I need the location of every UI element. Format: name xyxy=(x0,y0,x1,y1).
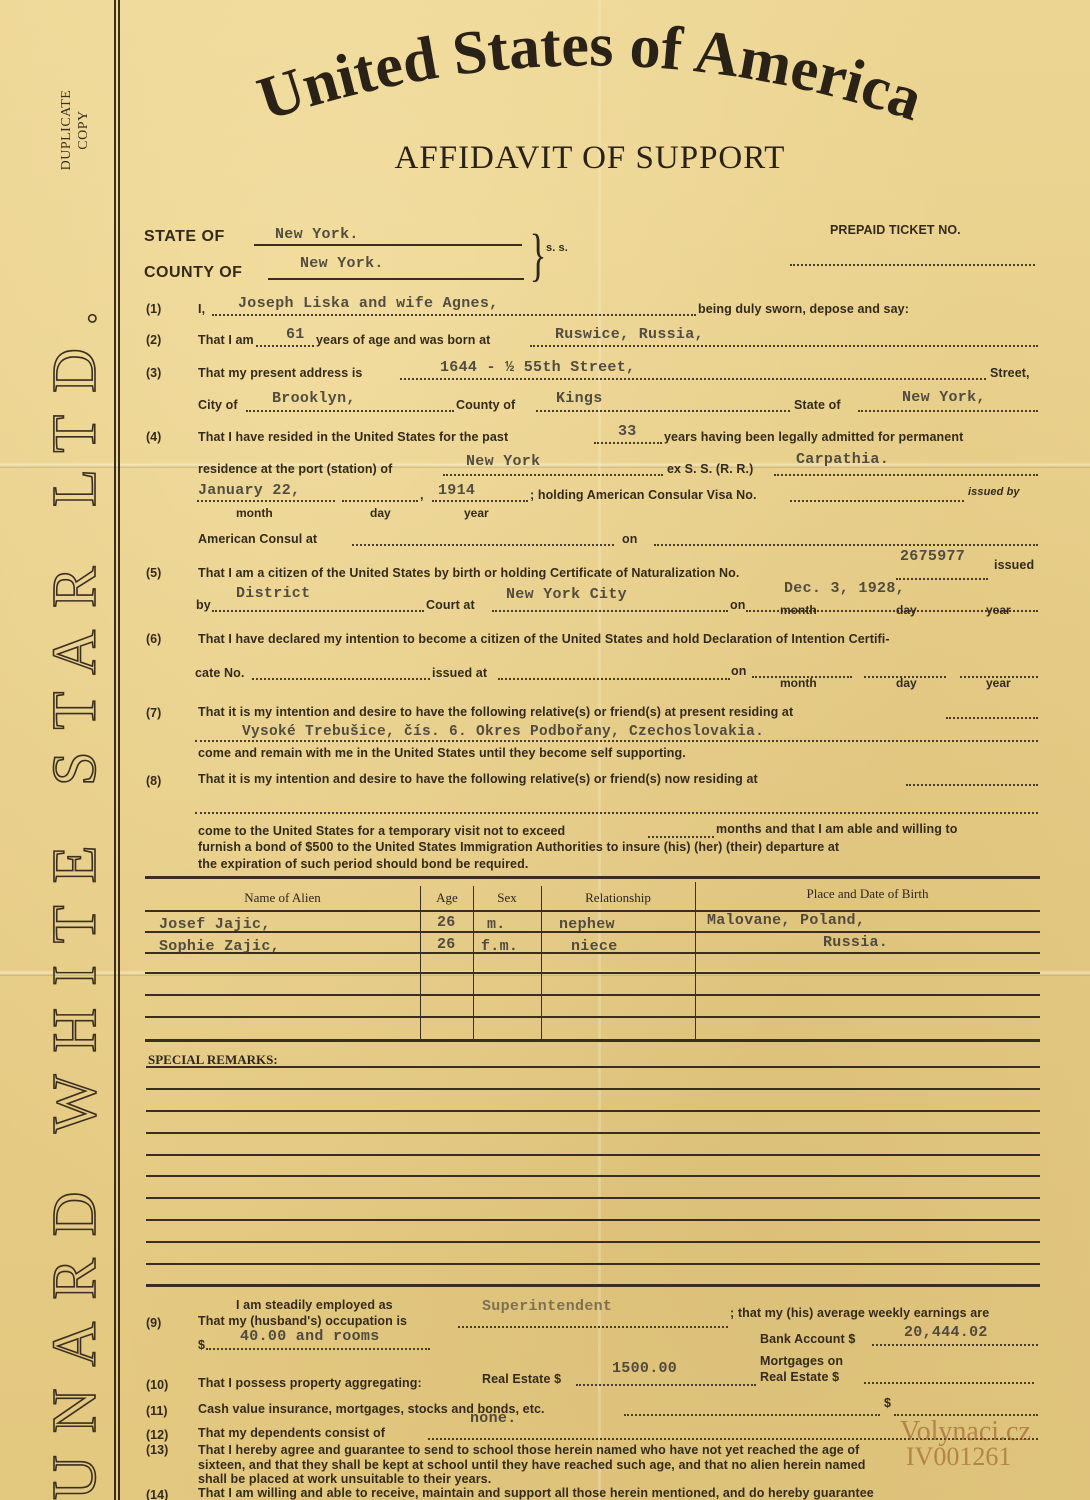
row-rule xyxy=(145,994,1040,996)
column-divider xyxy=(695,882,696,1042)
city-field[interactable]: Brooklyn, xyxy=(272,390,356,407)
visa-underline[interactable] xyxy=(790,500,964,502)
month-underline xyxy=(197,500,335,502)
on-label: on xyxy=(731,664,746,678)
occupation-label: That my (husband's) occupation is xyxy=(198,1314,407,1328)
item-number: (10) xyxy=(146,1378,168,1392)
year-caption: year xyxy=(464,506,489,520)
day-underline xyxy=(342,500,418,502)
table-bottom-rule xyxy=(145,1039,1040,1042)
header-sex: Sex xyxy=(473,890,541,906)
item-number: (11) xyxy=(146,1404,168,1418)
remarks-line xyxy=(146,1110,1040,1112)
dependents-label: That my dependents consist of xyxy=(198,1426,385,1440)
residence-underline xyxy=(195,740,1038,742)
residence-field[interactable]: Vysoké Trebušice, čís. 6. Okres Podbořan… xyxy=(242,724,764,740)
cash-value-underline xyxy=(624,1414,880,1416)
year-caption: year xyxy=(986,676,1011,690)
real-estate-underline xyxy=(576,1384,756,1386)
school-clause-line1: That I hereby agree and guarantee to sen… xyxy=(198,1443,859,1457)
property-label: That I possess property aggregating: xyxy=(198,1376,422,1390)
item1-prefix: I, xyxy=(198,302,205,316)
cate-no-label: cate No. xyxy=(195,666,244,680)
header-rule xyxy=(145,910,1040,912)
court-field[interactable]: District xyxy=(236,585,310,602)
state-field[interactable]: New York. xyxy=(275,226,359,243)
item1-suffix: being duly sworn, depose and say: xyxy=(698,302,909,316)
age-underline xyxy=(256,345,314,347)
port-underline xyxy=(443,474,663,476)
item2-prefix: That I am xyxy=(198,333,254,347)
item7-text2: come and remain with me in the United St… xyxy=(198,746,686,760)
issued-label: issued xyxy=(994,558,1034,572)
comma: , xyxy=(420,488,424,502)
prepaid-ticket-label: PREPAID TICKET NO. xyxy=(830,223,961,237)
bank-account-label: Bank Account $ xyxy=(760,1332,855,1346)
item-number: (3) xyxy=(146,366,161,380)
county-label: COUNTY OF xyxy=(144,264,242,282)
by-label: by xyxy=(196,598,211,612)
header-age: Age xyxy=(421,890,473,906)
day-caption: day xyxy=(896,676,917,690)
item-number: (1) xyxy=(146,302,161,316)
alien-name-cell[interactable]: Sophie Zajic, xyxy=(159,938,280,955)
mortgages-field[interactable] xyxy=(864,1382,1034,1384)
item-number: (9) xyxy=(146,1316,161,1330)
item-number: (12) xyxy=(146,1428,168,1442)
birthplace-field[interactable]: Ruswice, Russia, xyxy=(555,326,704,343)
bank-underline xyxy=(872,1344,1038,1346)
dollar-symbol: $ xyxy=(884,1396,891,1410)
day-caption: day xyxy=(896,603,917,617)
double-rule xyxy=(114,0,120,1500)
birthplace-underline xyxy=(530,345,1038,347)
svg-text:United States of America: United States of America xyxy=(250,18,930,128)
month-caption: month xyxy=(236,506,273,520)
dependents-field[interactable]: none. xyxy=(470,1410,517,1427)
county-of-underline xyxy=(536,410,790,412)
mortgages-real-estate-label: Real Estate $ xyxy=(760,1370,839,1384)
declaration-place-field[interactable] xyxy=(498,678,730,680)
on-label: on xyxy=(622,532,637,546)
sidebar: DUPLICATE COPY UNARD WHITE STAR LTD. xyxy=(0,0,118,1500)
state-underline xyxy=(254,244,522,246)
item4-text: That I have resided in the United States… xyxy=(198,430,508,444)
item5-text: That I am a citizen of the United States… xyxy=(198,566,739,580)
item8-text2: come to the United States for a temporar… xyxy=(198,824,565,838)
city-underline xyxy=(246,410,454,412)
item8-text: That it is my intention and desire to ha… xyxy=(198,772,758,786)
ship-underline xyxy=(774,474,1038,476)
item4-text2: years having been legally admitted for p… xyxy=(664,430,963,444)
item-number: (2) xyxy=(146,333,161,347)
employed-label: I am steadily employed as xyxy=(236,1298,393,1312)
item6-text: That I have declared my intention to bec… xyxy=(198,632,890,646)
alien-sex-cell[interactable]: f.m. xyxy=(481,938,518,955)
item3-prefix: That my present address is xyxy=(198,366,362,380)
item-number: (13) xyxy=(146,1443,168,1457)
occupation-field[interactable]: Superintendent xyxy=(482,1298,612,1315)
state-of-field[interactable]: New York, xyxy=(902,389,986,406)
item8-text3: months and that I am able and willing to xyxy=(716,822,958,836)
county-field[interactable]: New York. xyxy=(300,255,384,272)
visa-label: ; holding American Consular Visa No. xyxy=(530,488,757,502)
county-underline xyxy=(268,278,524,280)
prepaid-ticket-field[interactable] xyxy=(790,264,1035,266)
fold-crease xyxy=(0,462,1090,468)
naturalization-date-field[interactable]: Dec. 3, 1928, xyxy=(784,580,905,597)
item7-text: That it is my intention and desire to ha… xyxy=(198,705,793,719)
alien-age-cell[interactable]: 26 xyxy=(437,914,456,931)
item-number: (5) xyxy=(146,566,161,580)
state-of-label: State of xyxy=(794,398,841,412)
header-name: Name of Alien xyxy=(145,890,420,906)
occupation-underline xyxy=(458,1326,728,1328)
year-underline xyxy=(432,500,528,502)
item-number: (4) xyxy=(146,430,161,444)
consul-date-field[interactable] xyxy=(654,544,1038,546)
cert-underline xyxy=(896,578,988,580)
day-caption: day xyxy=(370,506,391,520)
issued-at-label: issued at xyxy=(432,666,487,680)
real-estate-field[interactable]: 1500.00 xyxy=(612,1360,677,1377)
state-of-underline xyxy=(858,410,1038,412)
remarks-line xyxy=(146,1263,1040,1265)
alien-relationship-cell[interactable]: nephew xyxy=(559,916,615,933)
page-subtitle: AFFIDAVIT OF SUPPORT xyxy=(240,140,940,177)
deponent-name-field[interactable]: Joseph Liska and wife Agnes, xyxy=(238,295,498,312)
duplicate-text: DUPLICATE xyxy=(58,70,75,190)
row-rule xyxy=(145,972,1040,974)
weekly-earnings-field[interactable]: 40.00 and rooms xyxy=(240,1328,380,1345)
county-of-label: County of xyxy=(456,398,515,412)
item8-text4: furnish a bond of $500 to the United Sta… xyxy=(198,840,839,854)
item2-mid: years of age and was born at xyxy=(316,333,490,347)
company-name: UNARD WHITE STAR LTD. xyxy=(40,290,111,1500)
year-caption: year xyxy=(986,603,1011,617)
court-place-underline xyxy=(492,610,728,612)
item-number: (6) xyxy=(146,632,161,646)
on-label: on xyxy=(730,598,745,612)
remarks-line xyxy=(146,1088,1040,1090)
remarks-line xyxy=(146,1175,1040,1177)
court-at-label: Court at xyxy=(426,598,475,612)
declaration-number-field[interactable] xyxy=(252,678,430,680)
ship-field[interactable]: Carpathia. xyxy=(796,451,889,468)
duplicate-copy-label: DUPLICATE COPY xyxy=(58,70,92,190)
visit-residence-field[interactable] xyxy=(195,812,1038,814)
item8-text5: the expiration of such period should bon… xyxy=(198,857,528,871)
copy-text: COPY xyxy=(75,70,92,190)
remarks-line xyxy=(146,1154,1040,1156)
remarks-line xyxy=(146,1241,1040,1243)
court-place-field[interactable]: New York City xyxy=(506,586,627,603)
years-field[interactable]: 33 xyxy=(618,423,637,440)
county-of-field[interactable]: Kings xyxy=(556,390,603,407)
visit-months-field[interactable] xyxy=(648,836,714,838)
issued-by-label: issued by xyxy=(968,486,1020,498)
alien-birth-cell[interactable]: Malovane, Poland, xyxy=(707,912,865,929)
years-underline xyxy=(594,442,662,444)
header-relationship: Relationship xyxy=(541,890,695,906)
school-clause-line3: shall be placed at work unsuitable to th… xyxy=(198,1472,491,1486)
alien-sex-cell[interactable]: m. xyxy=(487,916,506,933)
remarks-line xyxy=(146,1284,1040,1287)
age-field[interactable]: 61 xyxy=(286,326,305,343)
city-label: City of xyxy=(198,398,238,412)
remarks-line xyxy=(146,1219,1040,1221)
title-text: United States of America xyxy=(250,18,930,128)
alien-birth-cell[interactable]: Russia. xyxy=(823,934,888,951)
item-number: (7) xyxy=(146,706,161,720)
support-clause-line1: That I am willing and able to receive, m… xyxy=(198,1486,874,1500)
residence-lead-underline xyxy=(946,717,1038,719)
remarks-line xyxy=(146,1132,1040,1134)
address-underline xyxy=(400,378,986,380)
remarks-line xyxy=(146,1066,1040,1068)
school-clause-line2: sixteen, and that they shall be kept at … xyxy=(198,1458,866,1472)
ship-label: ex S. S. (R. R.) xyxy=(667,462,753,476)
court-underline xyxy=(212,610,424,612)
arrival-year-field[interactable]: 1914 xyxy=(438,482,475,499)
watermark-code: IV001261 xyxy=(906,1442,1011,1472)
visit-residence-lead-field[interactable] xyxy=(906,784,1038,786)
item-number: (14) xyxy=(146,1488,168,1500)
ss-label: s. s. xyxy=(546,242,568,254)
mortgages-label: Mortgages on xyxy=(760,1354,843,1368)
address-field[interactable]: 1644 - ½ 55th Street, xyxy=(440,359,635,376)
row-rule xyxy=(145,1016,1040,1018)
earnings-underline xyxy=(206,1348,430,1350)
alien-relationship-cell[interactable]: niece xyxy=(571,938,618,955)
alien-age-cell[interactable]: 26 xyxy=(437,936,456,953)
consul-field[interactable] xyxy=(352,544,614,546)
consul-label: American Consul at xyxy=(198,532,317,546)
arrival-month-field[interactable]: January 22, xyxy=(198,482,300,499)
real-estate-label: Real Estate $ xyxy=(482,1372,561,1386)
port-field[interactable]: New York xyxy=(466,453,540,470)
header-birth: Place and Date of Birth xyxy=(695,886,1040,902)
page-title: United States of America xyxy=(240,18,940,128)
brace-symbol: } xyxy=(530,226,547,284)
remarks-line xyxy=(146,1197,1040,1199)
item-number: (8) xyxy=(146,774,161,788)
month-caption: month xyxy=(780,676,817,690)
earnings-label: ; that my (his) average weekly earnings … xyxy=(730,1306,989,1320)
port-label: residence at the port (station) of xyxy=(198,462,392,476)
street-label: Street, xyxy=(990,366,1030,380)
month-caption: month xyxy=(780,603,817,617)
state-label: STATE OF xyxy=(144,228,225,246)
alien-name-cell[interactable]: Josef Jajic, xyxy=(159,916,271,933)
table-top-rule xyxy=(145,876,1040,879)
arched-title: United States of America xyxy=(240,18,940,128)
bank-account-field[interactable]: 20,444.02 xyxy=(904,1324,988,1341)
deponent-underline xyxy=(212,314,696,316)
currency-symbol: $ xyxy=(198,1338,205,1352)
certificate-number-field[interactable]: 2675977 xyxy=(900,548,965,565)
